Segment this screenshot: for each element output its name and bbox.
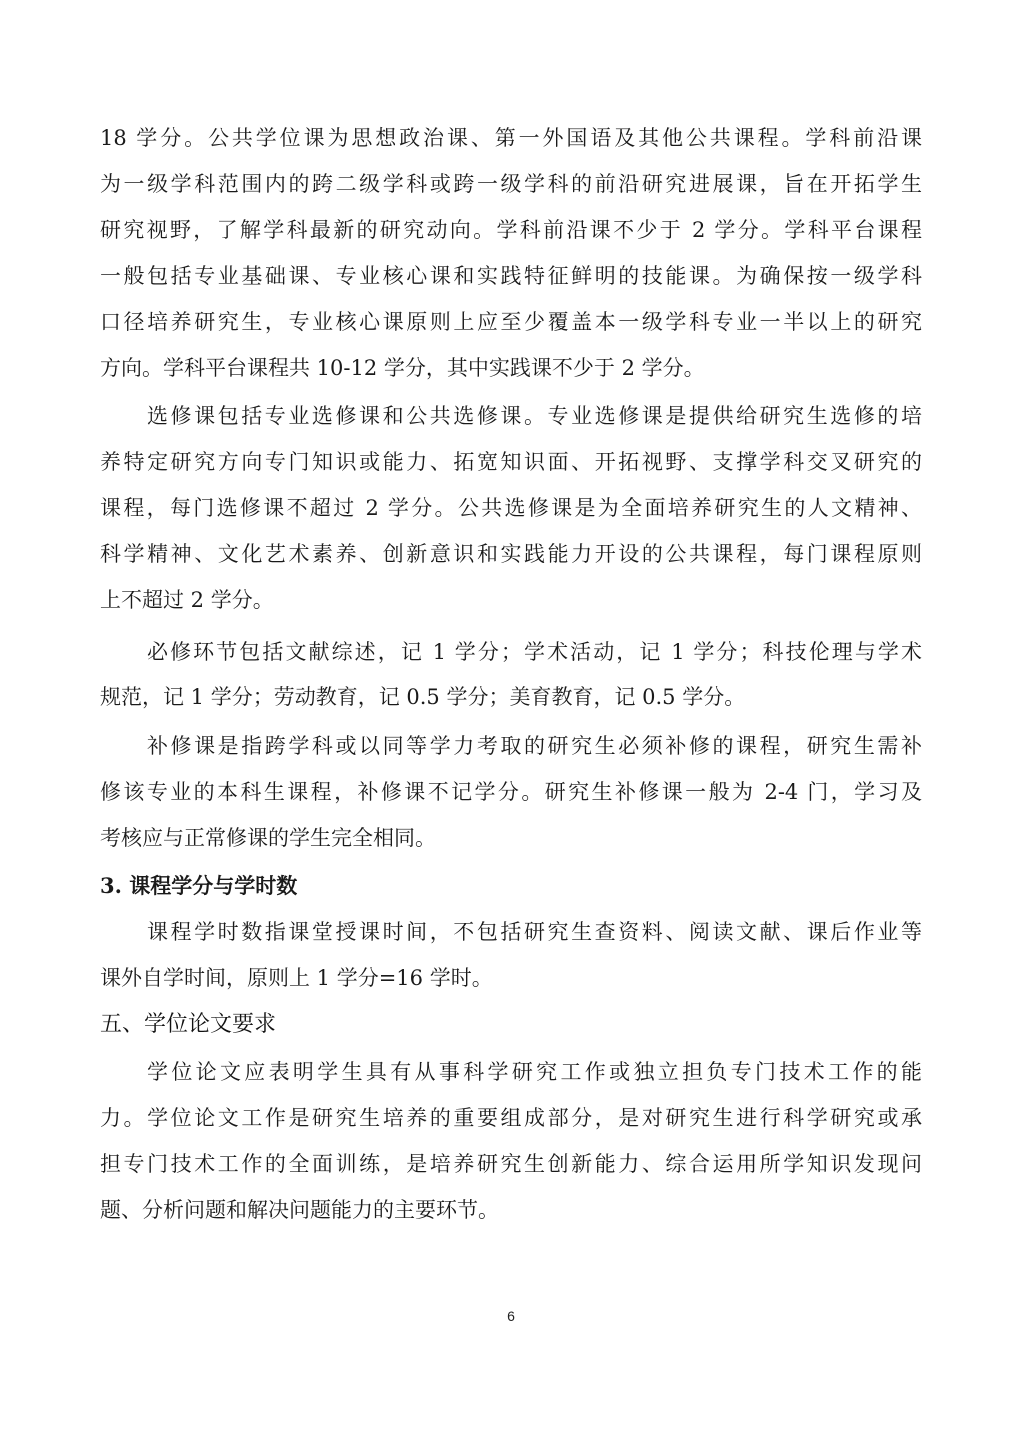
paragraph-6-line-1: 学位论文应表明学生具有从事科学研究工作或独立担负专门技术工作的能: [147, 1049, 922, 1095]
paragraph-3-line-1: 必修环节包括文献综述，记 1 学分；学术活动，记 1 学分；科技伦理与学术: [147, 629, 922, 675]
section-heading: 五、学位论文要求: [100, 1002, 276, 1048]
paragraph-3-line-2: 规范，记 1 学分；劳动教育，记 0.5 学分；美育教育，记 0.5 学分。: [100, 674, 922, 720]
paragraph-2-line-3: 课程，每门选修课不超过 2 学分。公共选修课是为全面培养研究生的人文精神、: [100, 485, 922, 531]
document-page: 18 学分。公共学位课为思想政治课、第一外国语及其他公共课程。学科前沿课 为一级…: [0, 0, 1022, 1433]
paragraph-1-line-6: 方向。学科平台课程共 10-12 学分，其中实践课不少于 2 学分。: [100, 345, 922, 391]
paragraph-5-line-1: 课程学时数指课堂授课时间，不包括研究生查资料、阅读文献、课后作业等: [147, 909, 922, 955]
paragraph-1-line-4: 一般包括专业基础课、专业核心课和实践特征鲜明的技能课。为确保按一级学科: [100, 253, 922, 299]
paragraph-2-line-5: 上不超过 2 学分。: [100, 577, 922, 623]
paragraph-2-line-2: 养特定研究方向专门知识或能力、拓宽知识面、开拓视野、支撑学科交叉研究的: [100, 439, 922, 485]
paragraph-1-line-5: 口径培养研究生，专业核心课原则上应至少覆盖本一级学科专业一半以上的研究: [100, 299, 922, 345]
paragraph-2-line-4: 科学精神、文化艺术素养、创新意识和实践能力开设的公共课程，每门课程原则: [100, 531, 922, 577]
paragraph-6-line-4: 题、分析问题和解决问题能力的主要环节。: [100, 1187, 922, 1233]
paragraph-6-line-3: 担专门技术工作的全面训练，是培养研究生创新能力、综合运用所学知识发现问: [100, 1141, 922, 1187]
paragraph-2-line-1: 选修课包括专业选修课和公共选修课。专业选修课是提供给研究生选修的培: [147, 393, 922, 439]
paragraph-4-line-3: 考核应与正常修课的学生完全相同。: [100, 815, 922, 861]
paragraph-1-line-2: 为一级学科范围内的跨二级学科或跨一级学科的前沿研究进展课，旨在开拓学生: [100, 161, 922, 207]
paragraph-1-line-1: 18 学分。公共学位课为思想政治课、第一外国语及其他公共课程。学科前沿课: [100, 115, 922, 161]
paragraph-5-line-2: 课外自学时间，原则上 1 学分=16 学时。: [100, 955, 922, 1001]
paragraph-1-line-3: 研究视野，了解学科最新的研究动向。学科前沿课不少于 2 学分。学科平台课程: [100, 207, 922, 253]
subsection-heading: 3. 课程学分与学时数: [100, 863, 297, 909]
paragraph-6-line-2: 力。学位论文工作是研究生培养的重要组成部分，是对研究生进行科学研究或承: [100, 1095, 922, 1141]
paragraph-4-line-1: 补修课是指跨学科或以同等学力考取的研究生必须补修的课程，研究生需补: [147, 723, 922, 769]
paragraph-4-line-2: 修该专业的本科生课程，补修课不记学分。研究生补修课一般为 2-4 门，学习及: [100, 769, 922, 815]
page-number: 6: [0, 1308, 1022, 1324]
